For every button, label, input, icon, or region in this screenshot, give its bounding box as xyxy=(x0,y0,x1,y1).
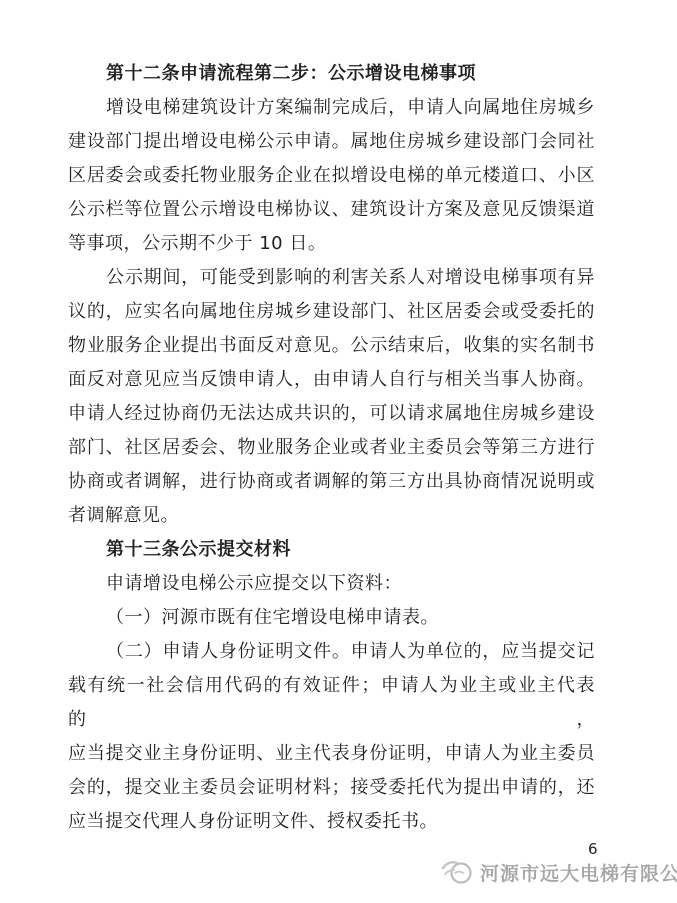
text-line: 面反对意见应当反馈申请人，由申请人自行与相关当事人协商。 xyxy=(68,363,595,397)
text-line: 载有统一社会信用代码的有效证件；申请人为业主或业主代表的， xyxy=(68,669,595,737)
text-line: 物业服务企业提出书面反对意见。公示结束后，收集的实名制书 xyxy=(68,329,595,363)
text-line: 申请增设电梯公示应提交以下资料： xyxy=(68,567,595,601)
company-logo-icon xyxy=(441,858,475,886)
text-line: 区居委会或委托物业服务企业在拟增设电梯的单元楼道口、小区 xyxy=(68,159,595,193)
text-line: 申请人经过协商仍无法达成共识的，可以请求属地住房城乡建设 xyxy=(68,397,595,431)
text-line: 等事项，公示期不少于 10 日。 xyxy=(68,227,595,261)
text-line: 公示栏等位置公示增设电梯协议、建筑设计方案及意见反馈渠道 xyxy=(68,193,595,227)
text-line: 协商或者调解，进行协商或者调解的第三方出具协商情况说明或 xyxy=(68,465,595,499)
text-line: 议的，应实名向属地住房城乡建设部门、社区居委会或受委托的 xyxy=(68,295,595,329)
text-line: 公示期间，可能受到影响的利害关系人对增设电梯事项有异 xyxy=(68,261,595,295)
text-line: 者调解意见。 xyxy=(68,499,595,533)
company-name: 河源市远大电梯有限公司 xyxy=(480,859,677,886)
document-page: 第十二条申请流程第二步：公示增设电梯事项增设电梯建筑设计方案编制完成后，申请人向… xyxy=(0,0,677,903)
company-watermark: 河源市远大电梯有限公司 xyxy=(441,858,677,886)
text-line: 部门、社区居委会、物业服务企业或者业主委员会等第三方进行 xyxy=(68,431,595,465)
document-body: 第十二条申请流程第二步：公示增设电梯事项增设电梯建筑设计方案编制完成后，申请人向… xyxy=(68,57,595,839)
text-line: （二）申请人身份证明文件。申请人为单位的，应当提交记 xyxy=(68,635,595,669)
text-line: 会的，提交业主委员会证明材料；接受委托代为提出申请的，还 xyxy=(68,771,595,805)
page-number: 6 xyxy=(588,840,598,858)
text-line: 应当提交业主身份证明、业主代表身份证明，申请人为业主委员 xyxy=(68,737,595,771)
text-line: （一）河源市既有住宅增设电梯申请表。 xyxy=(68,601,595,635)
section-heading: 第十三条公示提交材料 xyxy=(68,533,595,567)
text-line: 应当提交代理人身份证明文件、授权委托书。 xyxy=(68,805,595,839)
text-line: 增设电梯建筑设计方案编制完成后，申请人向属地住房城乡 xyxy=(68,91,595,125)
text-line: 建设部门提出增设电梯公示申请。属地住房城乡建设部门会同社 xyxy=(68,125,595,159)
section-heading: 第十二条申请流程第二步：公示增设电梯事项 xyxy=(68,57,595,91)
